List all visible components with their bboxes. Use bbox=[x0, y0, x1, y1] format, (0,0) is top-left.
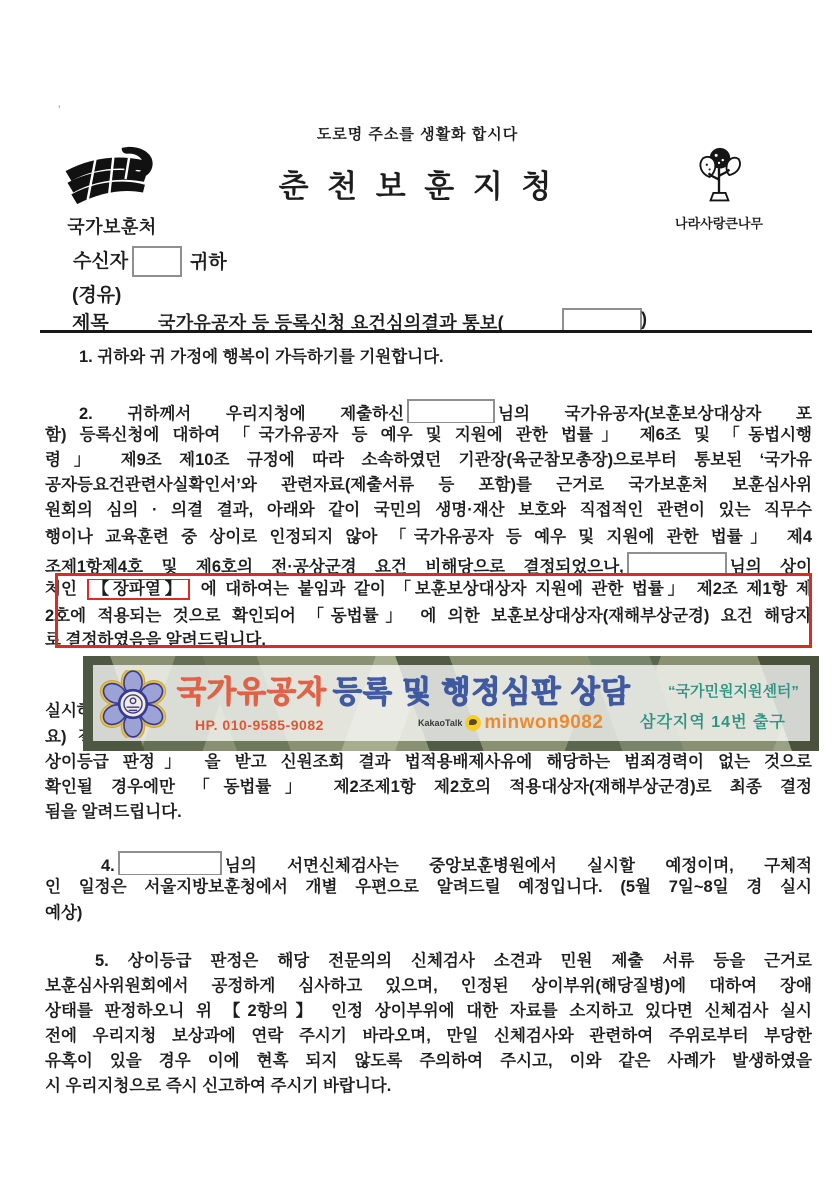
recipient-redacted-box bbox=[132, 246, 182, 277]
advert-watermark-overlay: 국가유공자등록 및 행정심판 상담 HP. 010-9585-9082 Kaka… bbox=[83, 656, 819, 751]
body-line: 인 일정은 서울지방보훈청에서 개별 우편으로 알려드릴 예정입니다. (5월 … bbox=[45, 877, 812, 901]
body-line: 확인될 경우에만 「동법률」 제2조제1항 제2호의 적용대상자(재해부상군경)… bbox=[45, 777, 812, 801]
watermark-title: 국가유공자등록 및 행정심판 상담 bbox=[177, 667, 631, 711]
body-line: 보훈심사위원회에서 공정하게 심사하고 있으며, 인정된 상이부위(해당질병)에… bbox=[45, 976, 812, 1000]
body-text: 4. bbox=[101, 857, 115, 875]
indent-spacer bbox=[45, 965, 95, 966]
scan-artifact: ’ bbox=[58, 104, 60, 116]
body-text: 1. 귀하와 귀 가정에 행복이 가득하기를 기원합니다. bbox=[79, 348, 444, 366]
watermark-center-name: “국가민원지원센터” bbox=[668, 680, 799, 701]
body-line: 5. 상이등급 판정은 해당 전문의의 신체검사 소견과 민원 제출 서류 등을… bbox=[45, 951, 812, 975]
body-text: 됨을 알려드립니다. bbox=[45, 803, 182, 821]
body-line: 령」 제9조 제10조 규정에 따라 소속하였던 기관장(육군참모총장)으로부터… bbox=[45, 450, 812, 474]
body-text: 인 일정은 서울지방보훈청에서 개별 우편으로 알려드릴 예정입니다. (5월 … bbox=[45, 878, 812, 896]
body-text: 확인될 경우에만 「동법률」 제2조제1항 제2호의 적용대상자(재해부상군경)… bbox=[45, 778, 812, 796]
body-line: 행이나 교육훈련 중 상이로 인정되지 않아 「국가유공자 등 예우 및 지원에… bbox=[45, 527, 812, 551]
watermark-location: 삼각지역 14번 출구 bbox=[640, 709, 786, 732]
kakaotalk-id: minwon9082 bbox=[484, 712, 603, 734]
body-text: 2. 귀하께서 우리지청에 제출하신 bbox=[79, 405, 404, 423]
body-text: 보훈심사위원회에서 공정하게 심사하고 있으며, 인정된 상이부위(해당질병)에… bbox=[45, 977, 812, 995]
body-line: 상이등급 판정」 을 받고 신원조회 결과 법적용배제사유에 해당하는 범죄경력… bbox=[45, 752, 812, 776]
body-text: 전에 우리지청 보상과에 연락 주시기 바라오며, 만일 신체검사와 관련하여 … bbox=[45, 1027, 812, 1045]
body-line: 됨을 알려드립니다. bbox=[45, 802, 812, 826]
nara-sarang-tree-logo-block: 나라사랑큰나무 bbox=[660, 146, 778, 232]
body-text: 유혹이 있을 경우 이에 현혹 되지 않도록 주의하여 주시고, 이와 같은 사… bbox=[45, 1052, 812, 1070]
body-line: 공자등요건관련사실확인서’와 관련자료(제출서류 등 포함)를 근거로 국가보훈… bbox=[45, 475, 812, 499]
indent-spacer bbox=[45, 361, 79, 362]
kakaotalk-icon bbox=[465, 715, 481, 731]
body-text: 공자등요건관련사실확인서’와 관련자료(제출서류 등 포함)를 근거로 국가보훈… bbox=[45, 476, 812, 494]
watermark-title-blue: 등록 및 행정심판 상담 bbox=[333, 676, 631, 709]
body-text: 님의 국가유공자(보훈보상대상자 포 bbox=[498, 405, 812, 423]
veterans-ministry-label: 국가보훈처 bbox=[58, 213, 166, 239]
nara-sarang-tree-label: 나라사랑큰나무 bbox=[660, 213, 778, 232]
body-text: 상태를 판정하오니 위 【2항의】 인정 상이부위에 대한 자료를 소지하고 있… bbox=[45, 1002, 812, 1020]
body-line: 원회의 심의 · 의결 결과, 아래와 같이 국민의 생명·재산 보호와 직접적… bbox=[45, 500, 812, 524]
subject-close-paren: ) bbox=[641, 309, 647, 330]
recipient-honorific: 귀하 bbox=[190, 247, 227, 274]
subject-redacted-box bbox=[562, 308, 642, 332]
body-text: 원회의 심의 · 의결 결과, 아래와 같이 국민의 생명·재산 보호와 직접적… bbox=[45, 501, 812, 519]
mugunghwa-emblem-icon bbox=[99, 670, 167, 738]
body-line: 4.님의 서면신체검사는 중앙보훈병원에서 실시할 예정이며, 구체적 bbox=[45, 851, 812, 875]
header-divider-rule bbox=[40, 330, 812, 333]
body-text: 5. 상이등급 판정은 해당 전문의의 신체검사 소견과 민원 제출 서류 등을… bbox=[95, 952, 812, 970]
watermark-title-red: 국가유공자 bbox=[177, 676, 327, 709]
veterans-ministry-logo-icon bbox=[62, 193, 162, 210]
body-text: 상이등급 판정」 을 받고 신원조회 결과 법적용배제사유에 해당하는 범죄경력… bbox=[45, 753, 812, 771]
body-text: 예상) bbox=[45, 904, 82, 922]
body-line: 1. 귀하와 귀 가정에 행복이 가득하기를 기원합니다. bbox=[45, 347, 812, 371]
body-text: 령」 제9조 제10조 규정에 따라 소속하였던 기관장(육군참모총장)으로부터… bbox=[45, 451, 812, 469]
body-line: 유혹이 있을 경우 이에 현혹 되지 않도록 주의하여 주시고, 이와 같은 사… bbox=[45, 1051, 812, 1075]
via-label: (경유) bbox=[72, 280, 121, 307]
body-line: 함) 등록신청에 대하여 「국가유공자 등 예우 및 지원에 관한 법률」 제6… bbox=[45, 425, 812, 449]
red-highlight-box bbox=[55, 573, 812, 648]
indent-spacer bbox=[45, 418, 79, 419]
redacted-name-box bbox=[118, 851, 222, 875]
body-text: 행이나 교육훈련 중 상이로 인정되지 않아 「국가유공자 등 예우 및 지원에… bbox=[45, 528, 812, 546]
recipient-label: 수신자 bbox=[73, 246, 128, 273]
body-line: 시 우리지청으로 즉시 신고하여 주시기 바랍니다. bbox=[45, 1076, 812, 1100]
body-line: 전에 우리지청 보상과에 연락 주시기 바라오며, 만일 신체검사와 관련하여 … bbox=[45, 1026, 812, 1050]
body-line: 예상) bbox=[45, 903, 812, 927]
body-text: 님의 서면신체검사는 중앙보훈병원에서 실시할 예정이며, 구체적 bbox=[225, 857, 812, 875]
nara-sarang-tree-icon bbox=[684, 193, 754, 210]
body-text: 시 우리지청으로 즉시 신고하여 주시기 바랍니다. bbox=[45, 1077, 391, 1095]
kakaotalk-label: KakaoTalk bbox=[418, 718, 462, 728]
body-line: 2. 귀하께서 우리지청에 제출하신님의 국가유공자(보훈보상대상자 포 bbox=[45, 399, 812, 423]
veterans-ministry-logo-block: 국가보훈처 bbox=[58, 146, 166, 239]
redacted-name-box bbox=[407, 399, 495, 423]
body-line: 상태를 판정하오니 위 【2항의】 인정 상이부위에 대한 자료를 소지하고 있… bbox=[45, 1001, 812, 1025]
watermark-phone: HP. 010-9585-9082 bbox=[195, 717, 324, 733]
indent-spacer bbox=[45, 870, 101, 871]
body-text: 함) 등록신청에 대하여 「국가유공자 등 예우 및 지원에 관한 법률」 제6… bbox=[45, 426, 812, 444]
address-slogan: 도로명 주소를 생활화 합시다 bbox=[0, 123, 835, 144]
scanned-official-letter: ’ 도로명 주소를 생활화 합시다 춘 천 보 훈 지 청 국가보훈처 bbox=[0, 0, 835, 1184]
watermark-kakao-row: KakaoTalk minwon9082 bbox=[418, 712, 603, 734]
